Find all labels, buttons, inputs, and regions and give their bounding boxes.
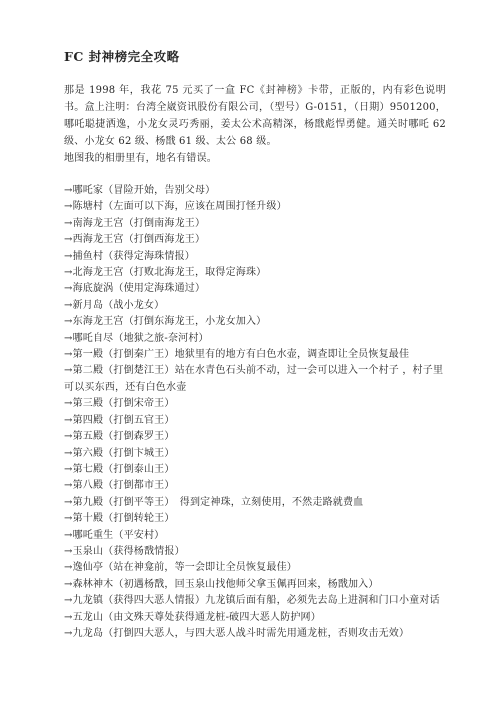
walkthrough-item: →哪吒自尽（地狱之旅-奈河村） <box>64 331 446 347</box>
document-title: FC 封神榜完全攻略 <box>64 47 446 65</box>
walkthrough-item: →第五殿（打倒森罗王） <box>64 429 446 445</box>
walkthrough-list: →哪吒家（冒险开始，告别父母） →陈塘村（左面可以下海，应该在周围打怪升级） →… <box>64 183 446 642</box>
walkthrough-item: →第八殿（打倒都市王） <box>64 478 446 494</box>
walkthrough-item: →第三殿（打倒宋帝王） <box>64 396 446 412</box>
walkthrough-item: →哪吒重生（平安村） <box>64 528 446 544</box>
walkthrough-item: →第六殿（打倒卞城王） <box>64 446 446 462</box>
walkthrough-item: →森林神木（初遇杨戬，回玉泉山找他师父拿玉佩再回来，杨戬加入） <box>64 577 446 593</box>
walkthrough-item: →第九殿（打倒平等王） 得到定神珠，立刻使用，不然走路就费血 <box>64 495 446 511</box>
walkthrough-item: →第七殿（打倒泰山王） <box>64 462 446 478</box>
walkthrough-item: →第二殿（打倒楚江王）站在水青色石头前不动，过一会可以进入一个村子 ，村子里可以… <box>64 363 446 396</box>
walkthrough-item: →五龙山（由文殊天尊处获得通龙桩-破四大恶人防护网） <box>64 610 446 626</box>
walkthrough-item: →捕鱼村（获得定海珠情报） <box>64 249 446 265</box>
walkthrough-item: →陈塘村（左面可以下海，应该在周围打怪升级） <box>64 199 446 215</box>
walkthrough-item: →南海龙王宫（打倒南海龙王） <box>64 216 446 232</box>
walkthrough-item: →逸仙亭（站在神龛前，等一会即让全员恢复最佳） <box>64 560 446 576</box>
intro-paragraph: 那是 1998 年，我花 75 元买了一盒 FC《封神榜》卡带，正版的，内有彩色… <box>64 82 446 150</box>
walkthrough-item: →东海龙王宫（打倒东海龙王，小龙女加入） <box>64 314 446 330</box>
map-note: 地图我的相册里有，地名有错误。 <box>64 150 446 167</box>
walkthrough-item: →第十殿（打倒转轮王） <box>64 511 446 527</box>
walkthrough-item: →西海龙王宫（打倒西海龙王） <box>64 232 446 248</box>
walkthrough-item: →第四殿（打倒五官王） <box>64 413 446 429</box>
walkthrough-item: →哪吒家（冒险开始，告别父母） <box>64 183 446 199</box>
walkthrough-item: →北海龙王宫（打败北海龙王，取得定海珠） <box>64 265 446 281</box>
walkthrough-item: →新月岛（战小龙女） <box>64 298 446 314</box>
walkthrough-item: →九龙岛（打倒四大恶人，与四大恶人战斗时需先用通龙桩，否则攻击无效） <box>64 626 446 642</box>
walkthrough-item: →第一殿（打倒秦广王）地狱里有的地方有白色水壶，调查即让全员恢复最佳 <box>64 347 446 363</box>
document-page: FC 封神榜完全攻略 那是 1998 年，我花 75 元买了一盒 FC《封神榜》… <box>0 0 500 708</box>
walkthrough-item: →九龙镇（获得四大恶人情报）九龙镇后面有船，必须先去岛上进洞和门口小童对话 <box>64 593 446 609</box>
walkthrough-item: →玉泉山（获得杨戬情报） <box>64 544 446 560</box>
walkthrough-item: →海底旋涡（使用定海珠通过） <box>64 281 446 297</box>
